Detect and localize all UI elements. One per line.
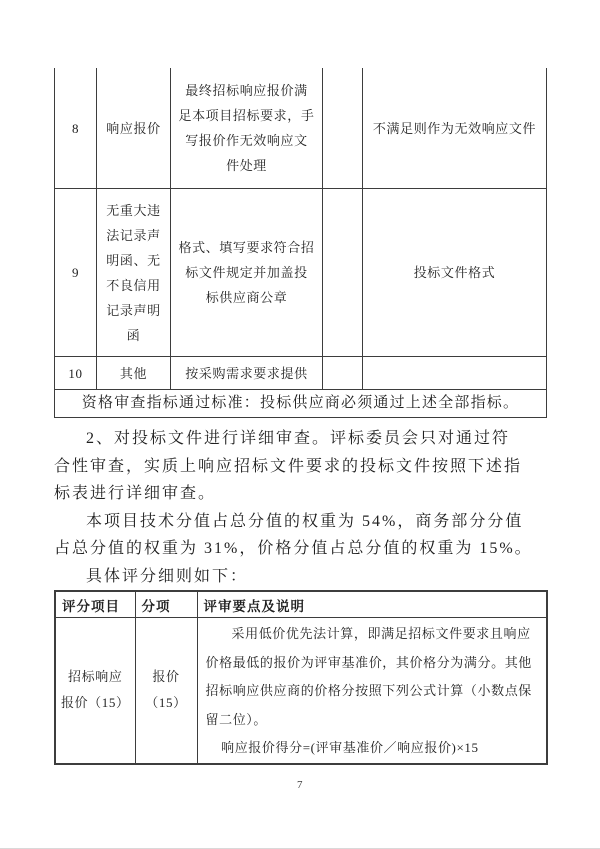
criteria-cell: 按采购需求要求提供 xyxy=(171,357,323,390)
column-header-scoring-item: 评分项目 xyxy=(55,591,135,618)
criteria-cell: 最终招标响应报价满 足本项目招标要求，手 写报价作无效响应文 件处理 xyxy=(171,68,323,189)
table-header-row: 评分项目 分项 评审要点及说明 xyxy=(55,591,547,618)
scoring-criteria-table: 评分项目 分项 评审要点及说明 招标响应 报价（15） 报价 （15） 采用低价… xyxy=(54,590,548,765)
row-number-cell: 10 xyxy=(55,357,97,390)
paragraph-detailed-review: 2、对投标文件进行详细审查。评标委员会只对通过符 合性审查，实质上响应招标文件要… xyxy=(54,425,546,508)
row-number-cell: 9 xyxy=(55,189,97,357)
paragraph-score-weights: 本项目技术分值占总分值的权重为 54%，商务部分分值 占总分值的权重为 31%，… xyxy=(54,508,546,563)
row-number-cell: 8 xyxy=(55,68,97,189)
column-header-sub-item: 分项 xyxy=(135,591,197,618)
body-paragraphs: 2、对投标文件进行详细审查。评标委员会只对通过符 合性审查，实质上响应招标文件要… xyxy=(54,425,546,590)
table-row: 资格审查指标通过标准：投标供应商必须通过上述全部指标。 xyxy=(55,390,547,418)
remark-cell xyxy=(363,357,547,390)
table-row: 招标响应 报价（15） 报价 （15） 采用低价优先法计算，即满足招标文件要求且… xyxy=(55,618,547,764)
result-cell xyxy=(323,68,363,189)
table-row: 8 响应报价 最终招标响应报价满 足本项目招标要求，手 写报价作无效响应文 件处… xyxy=(55,68,547,189)
criteria-cell: 格式、填写要求符合招 标文件规定并加盖投 标供应商公章 xyxy=(171,189,323,357)
pass-standard-cell: 资格审查指标通过标准：投标供应商必须通过上述全部指标。 xyxy=(55,390,547,418)
table-row: 9 无重大违 法记录声 明函、无 不良信用 记录声明 函 格式、填写要求符合招 … xyxy=(55,189,547,357)
result-cell xyxy=(323,357,363,390)
scoring-item-cell: 招标响应 报价（15） xyxy=(55,618,135,764)
item-cell: 响应报价 xyxy=(97,68,171,189)
remark-cell: 不满足则作为无效响应文件 xyxy=(363,68,547,189)
review-points-cell: 采用低价优先法计算，即满足招标文件要求且响应 价格最低的报价为评审基准价，其价格… xyxy=(197,618,547,764)
column-header-review-points: 评审要点及说明 xyxy=(197,591,547,618)
page-number: 7 xyxy=(0,779,600,791)
sub-item-cell: 报价 （15） xyxy=(135,618,197,764)
paragraph-scoring-rules-intro: 具体评分细则如下： xyxy=(54,563,546,591)
price-score-formula: 响应报价得分=(评审基准价／响应报价)×15 xyxy=(206,734,539,763)
result-cell xyxy=(323,189,363,357)
document-page: 8 响应报价 最终招标响应报价满 足本项目招标要求，手 写报价作无效响应文 件处… xyxy=(0,0,600,849)
item-cell: 无重大违 法记录声 明函、无 不良信用 记录声明 函 xyxy=(97,189,171,357)
remark-cell: 投标文件格式 xyxy=(363,189,547,357)
table-row: 10 其他 按采购需求要求提供 xyxy=(55,357,547,390)
review-points-text: 采用低价优先法计算，即满足招标文件要求且响应 价格最低的报价为评审基准价，其价格… xyxy=(206,620,539,734)
item-cell: 其他 xyxy=(97,357,171,390)
page-content: 8 响应报价 最终招标响应报价满 足本项目招标要求，手 写报价作无效响应文 件处… xyxy=(54,68,546,765)
qualification-review-table: 8 响应报价 最终招标响应报价满 足本项目招标要求，手 写报价作无效响应文 件处… xyxy=(54,68,547,418)
